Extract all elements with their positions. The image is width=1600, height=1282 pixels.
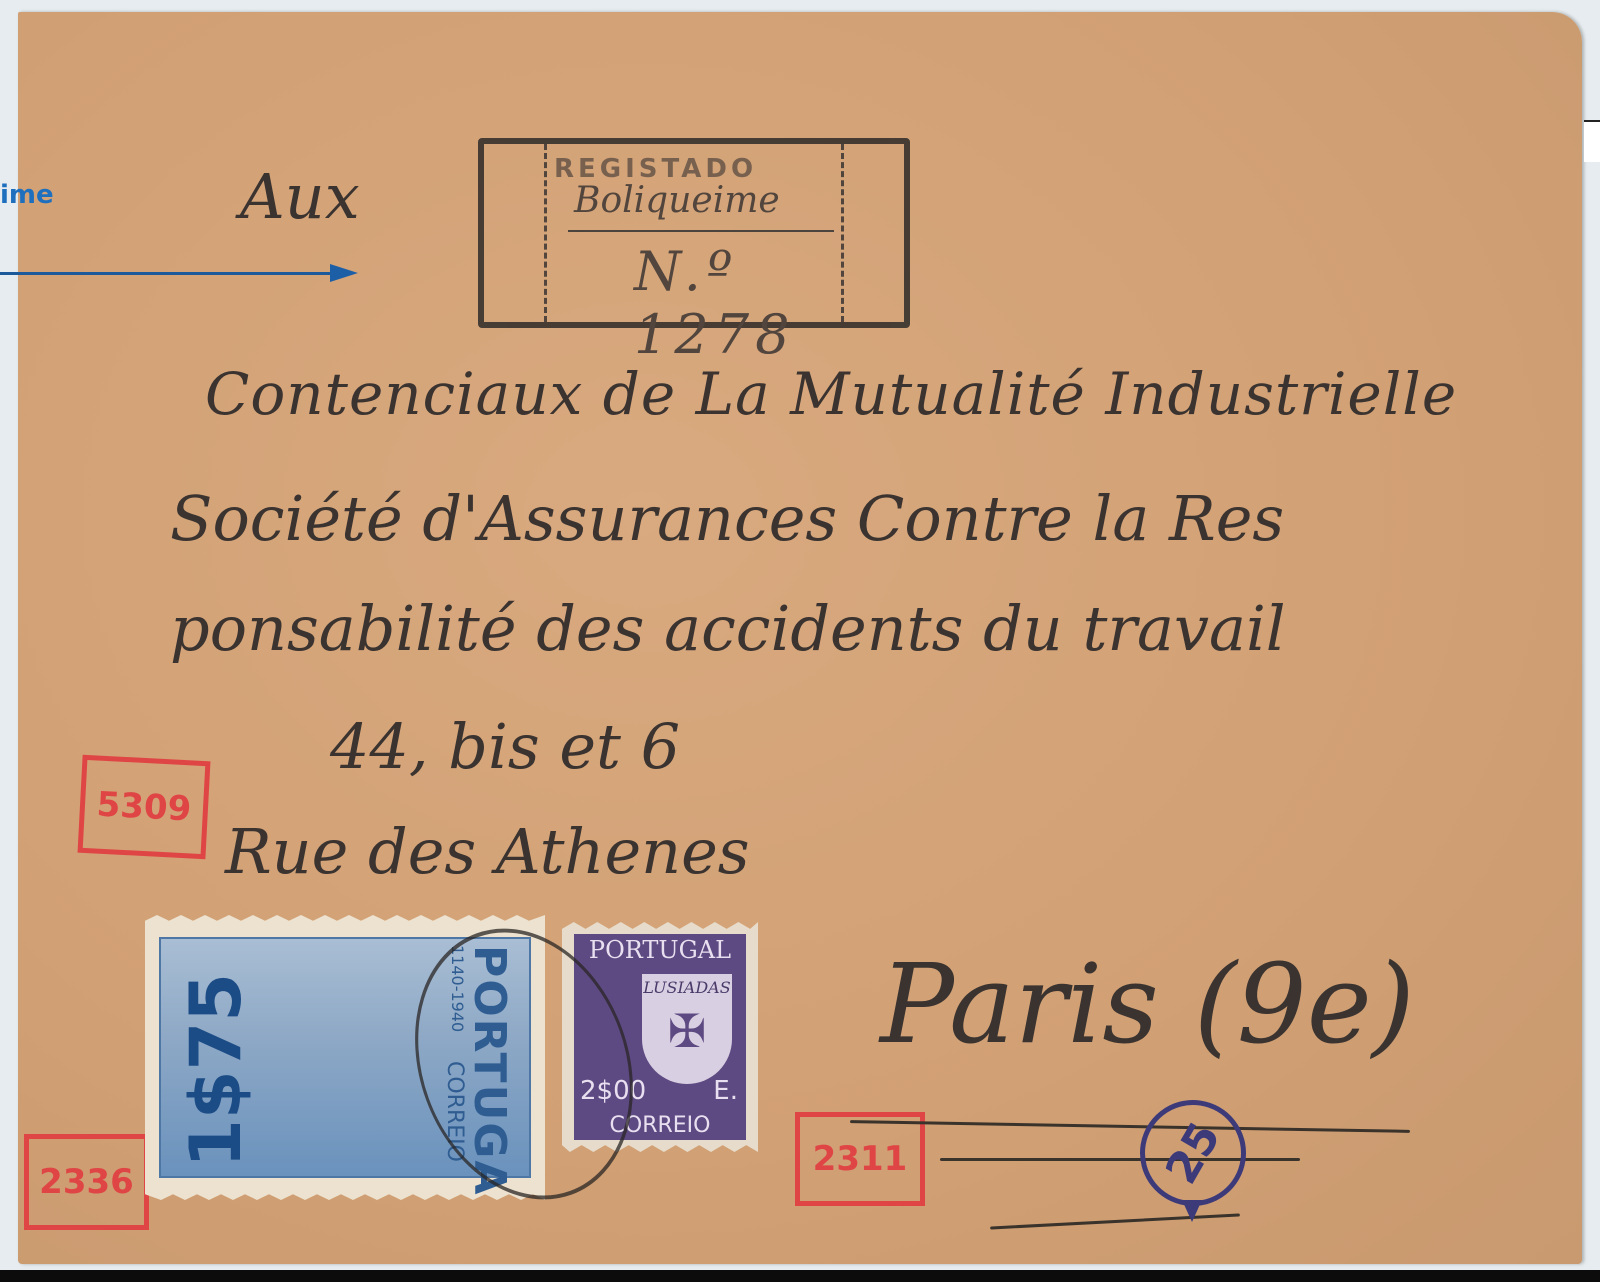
censor-mark: 2336 — [24, 1134, 149, 1230]
handstamp-pointer-icon — [1182, 1200, 1202, 1222]
stamp-1-value: 1$75 — [175, 973, 257, 1168]
address-line-4: 44, bis et 6 — [330, 710, 680, 783]
registration-number: N.º 1278 — [634, 240, 904, 366]
stamp-2-country: PORTUGAL — [574, 936, 746, 964]
scan-bottom-border — [0, 1270, 1600, 1282]
registration-label: REGISTADO Boliqueime N.º 1278 — [478, 138, 910, 328]
censor-mark: 2311 — [795, 1112, 925, 1206]
censor-mark: 5309 — [78, 755, 211, 860]
salutation: Aux — [240, 160, 360, 233]
registration-divider — [568, 230, 834, 232]
scan-edge-strip — [1584, 120, 1600, 162]
margin-annotation: ime — [0, 180, 54, 210]
address-line-2: Société d'Assurances Contre la Res — [170, 482, 1284, 555]
stamp-2-currency: E. — [713, 1076, 738, 1106]
registration-town: Boliqueime — [574, 180, 780, 221]
address-line-1: Contenciaux de La Mutualité Industrielle — [205, 360, 1457, 428]
stamp-2-banner: LUSIADAS — [642, 978, 732, 997]
address-line-3: ponsabilité des accidents du travail — [170, 592, 1286, 665]
address-city: Paris (9e) — [880, 940, 1415, 1068]
shield-icon: LUSIADAS ✠ — [642, 974, 732, 1084]
cross-icon: ✠ — [642, 1004, 732, 1058]
address-line-5: Rue des Athenes — [225, 815, 750, 888]
blue-arrow-icon — [0, 272, 330, 275]
